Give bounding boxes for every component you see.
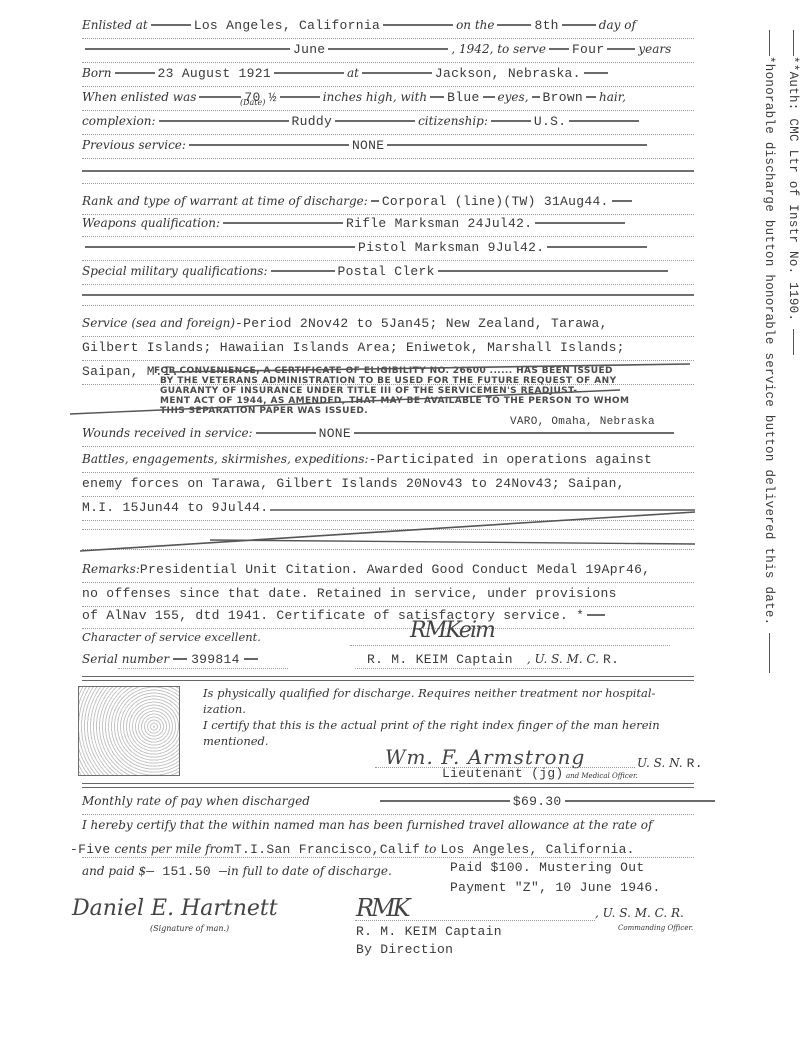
rule — [82, 170, 694, 172]
battles-line-1: Participated in operations against — [377, 452, 652, 467]
weapons-row: Weapons qualification:Rifle Marksman 24J… — [82, 214, 694, 237]
complexion-label: complexion: — [82, 114, 156, 128]
medical-line-1: Is physically qualified for discharge. R… — [203, 686, 655, 700]
side-note-authorization: **Auth: CMC Ltr of Instr No. 1190. — [786, 30, 800, 355]
wounds-label: Wounds received in service: — [82, 426, 253, 440]
officer-branch: , U. S. M. C. — [527, 652, 599, 666]
complexion-value: Ruddy — [292, 114, 333, 129]
pay-row: Monthly rate of pay when discharged$69.3… — [82, 792, 694, 815]
battles-row: Battles, engagements, skirmishes, expedi… — [82, 450, 694, 473]
on-the-label: on the — [456, 18, 494, 32]
previous-service-label: Previous service: — [82, 138, 186, 152]
serial-number-row: Serial number 399814 — [82, 650, 258, 668]
enlisted-place: Los Angeles, California — [194, 18, 380, 33]
pay-label: Monthly rate of pay when discharged — [82, 794, 310, 808]
height-value: 70 ½ — [244, 90, 276, 105]
battles-strike-line — [70, 496, 710, 556]
by-direction: By Direction — [356, 942, 453, 957]
rule — [355, 668, 570, 669]
paid-row: and paid $— 151.50 —in full to date of d… — [82, 862, 392, 880]
weapons-row-2: Pistol Marksman 9Jul42. — [82, 238, 694, 261]
citizenship-label: citizenship: — [418, 114, 488, 128]
special-qualifications-label: Special military qualifications: — [82, 264, 268, 278]
remarks-line-1: Presidential Unit Citation. Awarded Good… — [140, 562, 650, 577]
side-note-button: *honorable discharge button honorable se… — [762, 30, 776, 673]
remarks-row: Remarks:Presidential Unit Citation. Awar… — [82, 560, 694, 583]
officer-name: R. M. KEIM Captain — [367, 652, 513, 667]
at-label: at — [347, 66, 359, 80]
discharge-record-page: Enlisted atLos Angeles, Californiaon the… — [0, 0, 800, 1037]
character-of-service: Character of service excellent. — [82, 630, 261, 644]
pay-value: $69.30 — [513, 794, 562, 809]
commanding-officer-branch: , U. S. M. C. R. — [595, 906, 684, 920]
enlisted-day: 8th — [534, 18, 558, 33]
wounds-row: Wounds received in service:NONE — [82, 424, 694, 447]
fingerprint-box — [78, 686, 180, 776]
remarks-row-2: no offenses since that date. Retained in… — [82, 584, 694, 607]
rule — [82, 294, 694, 296]
officer-branch-suffix: R. — [603, 652, 619, 667]
medical-line-2: ization. — [203, 702, 246, 716]
battles-row-2: enemy forces on Tarawa, Gilbert Islands … — [82, 474, 694, 497]
rule — [82, 183, 694, 184]
enlisted-month-row: June, 1942, to serveFouryears — [82, 40, 694, 63]
rule — [82, 305, 694, 306]
rank-value: Corporal (line)(TW) 31Aug44. — [382, 194, 609, 209]
rank-label: Rank and type of warrant at time of disc… — [82, 194, 368, 208]
enlisted-month: June — [293, 42, 325, 57]
special-qualifications-value: Postal Clerk — [338, 264, 435, 279]
paid-amount: 151.50 — [162, 864, 211, 879]
previous-service-row: Previous service:NONE — [82, 136, 694, 159]
keim-signature: RMKeim — [410, 618, 494, 643]
medical-officer-rank: Lieutenant (jg) — [442, 766, 564, 781]
service-line-2: Gilbert Islands; Hawaiian Islands Area; … — [82, 340, 625, 355]
strike-through-lines — [60, 362, 700, 418]
year-label: , 1942, to serve — [451, 42, 546, 56]
medical-branch-text: U. S. N. — [637, 756, 683, 770]
travel-rate-row: -Five cents per mile fromT.I.San Francis… — [70, 840, 635, 858]
born-row: Born23 August 1921atJackson, Nebraska. — [82, 64, 694, 87]
previous-service-value: NONE — [352, 138, 384, 153]
medical-branch: U. S. N. R. — [637, 754, 703, 772]
weapon-qualification-rifle: Rifle Marksman 24Jul42. — [346, 216, 532, 231]
medical-officer-title: and Medical Officer. — [566, 772, 638, 780]
born-label: Born — [82, 66, 112, 80]
service-label: Service (sea and foreign) — [82, 316, 235, 330]
citizenship-value: U.S. — [534, 114, 566, 129]
mustering-out-line-2: Payment "Z", 10 June 1946. — [450, 880, 661, 895]
man-signature-caption: (Signature of man.) — [150, 924, 229, 933]
service-line-1: Period 2Nov42 to 5Jan45; New Zealand, Ta… — [243, 316, 608, 331]
serial-number: 399814 — [191, 652, 240, 667]
height-row: When enlisted was70 ½inches high, withBl… — [82, 88, 694, 111]
weapon-qualification-pistol: Pistol Marksman 9Jul42. — [358, 240, 544, 255]
remarks-row-3: of AlNav 155, dtd 1941. Certificate of s… — [82, 606, 694, 629]
special-qualifications-row: Special military qualifications:Postal C… — [82, 262, 694, 285]
travel-rate: Five — [78, 842, 110, 857]
to-label: to — [424, 842, 436, 856]
wounds-value: NONE — [319, 426, 351, 441]
signature-line — [350, 645, 670, 646]
paid-label: and paid $ — [82, 864, 146, 878]
serial-label: Serial number — [82, 652, 169, 666]
section-divider — [82, 676, 694, 681]
term-years: Four — [572, 42, 604, 57]
eye-color: Blue — [447, 90, 479, 105]
birthplace: Jackson, Nebraska. — [435, 66, 581, 81]
service-row-2: Gilbert Islands; Hawaiian Islands Area; … — [82, 338, 694, 361]
medical-line-4: mentioned. — [203, 734, 269, 748]
travel-to: Los Angeles, California. — [440, 842, 634, 857]
full-label: in full to date of discharge. — [227, 864, 392, 878]
side-note-line-1: *honorable discharge button honorable se… — [762, 56, 776, 626]
weapons-label: Weapons qualification: — [82, 216, 220, 230]
inches-label: inches high, with — [323, 90, 427, 104]
medical-line-3: I certify that this is the actual print … — [203, 718, 660, 732]
battles-label: Battles, engagements, skirmishes, expedi… — [82, 452, 369, 466]
medical-branch-suffix: R. — [687, 756, 703, 771]
remarks-line-3: of AlNav 155, dtd 1941. Certificate of s… — [82, 608, 584, 623]
rule — [82, 857, 694, 858]
complexion-row: complexion:Ruddycitizenship:U.S. — [82, 112, 694, 135]
signature-line — [355, 920, 595, 921]
service-row: Service (sea and foreign)-Period 2Nov42 … — [82, 314, 694, 337]
travel-from: T.I.San Francisco,Calif — [234, 842, 420, 857]
hair-label: hair, — [599, 90, 626, 104]
side-note-line-2: **Auth: CMC Ltr of Instr No. 1190. — [786, 56, 800, 321]
travel-certification: I hereby certify that the within named m… — [82, 818, 652, 832]
commanding-officer-signature: RMK — [356, 894, 408, 922]
remarks-label: Remarks: — [82, 562, 140, 576]
rule — [118, 668, 288, 669]
commanding-officer-name: R. M. KEIM Captain — [356, 924, 502, 939]
enlisted-row: Enlisted atLos Angeles, Californiaon the… — [82, 16, 694, 39]
day-of-label: day of — [599, 18, 636, 32]
remarks-line-2: no offenses since that date. Retained in… — [82, 586, 617, 601]
commanding-officer-caption: Commanding Officer. — [618, 924, 693, 932]
hair-color: Brown — [543, 90, 584, 105]
years-label: years — [638, 42, 671, 56]
man-signature: Daniel E. Hartnett — [72, 896, 278, 921]
eyes-label: eyes, — [498, 90, 529, 104]
cents-label: cents per mile from — [115, 842, 234, 856]
rank-row: Rank and type of warrant at time of disc… — [82, 192, 694, 215]
enlisted-at-label: Enlisted at — [82, 18, 148, 32]
birth-date: 23 August 1921 — [158, 66, 271, 81]
officer-row: R. M. KEIM Captain , U. S. M. C. R. — [355, 650, 619, 668]
height-label: When enlisted was — [82, 90, 196, 104]
battles-line-2: enemy forces on Tarawa, Gilbert Islands … — [82, 476, 625, 491]
section-divider — [82, 783, 694, 788]
mustering-out-line-1: Paid $100. Mustering Out — [450, 860, 644, 875]
